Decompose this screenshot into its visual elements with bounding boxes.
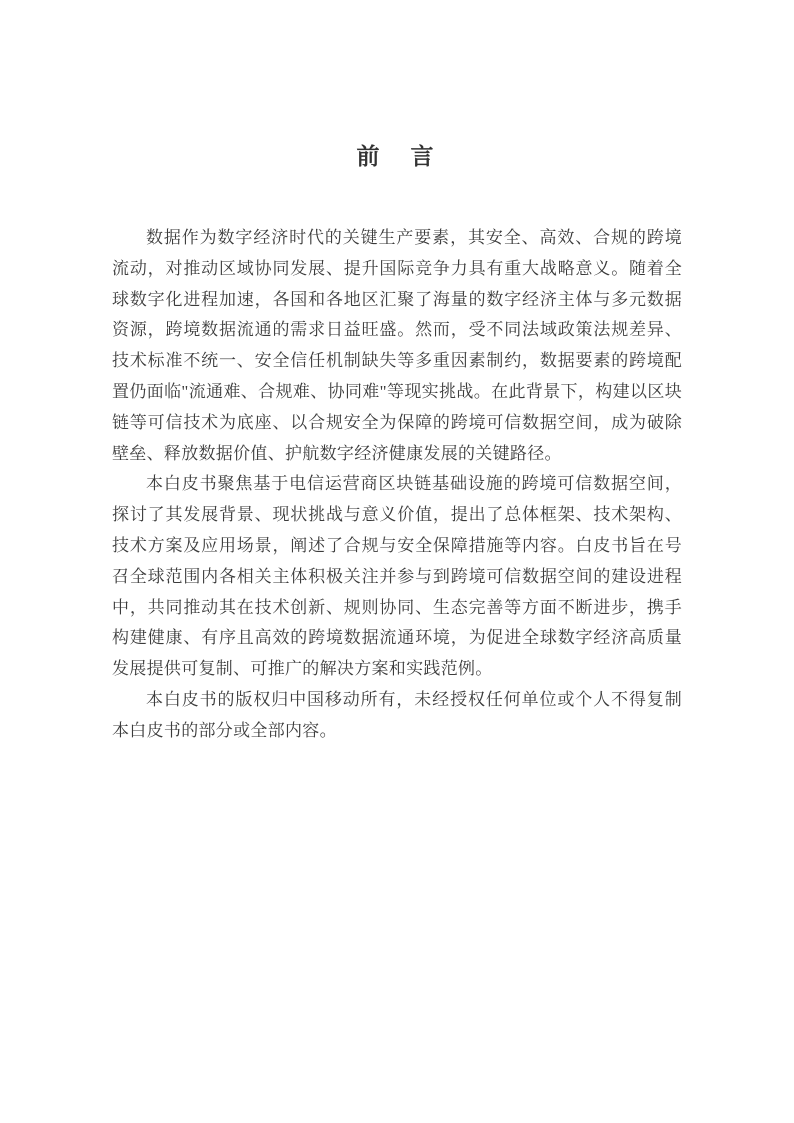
document-page: 前 言 数据作为数字经济时代的关键生产要素，其安全、高效、合规的跨境流动，对推动… bbox=[0, 0, 794, 1123]
preface-paragraph: 数据作为数字经济时代的关键生产要素，其安全、高效、合规的跨境流动，对推动区域协同… bbox=[112, 223, 682, 469]
preface-body: 数据作为数字经济时代的关键生产要素，其安全、高效、合规的跨境流动，对推动区域协同… bbox=[112, 223, 682, 747]
preface-paragraph: 本白皮书的版权归中国移动所有，未经授权任何单位或个人不得复制本白皮书的部分或全部… bbox=[112, 685, 682, 747]
preface-paragraph: 本白皮书聚焦基于电信运营商区块链基础设施的跨境可信数据空间，探讨了其发展背景、现… bbox=[112, 469, 682, 685]
preface-title: 前 言 bbox=[0, 140, 794, 174]
